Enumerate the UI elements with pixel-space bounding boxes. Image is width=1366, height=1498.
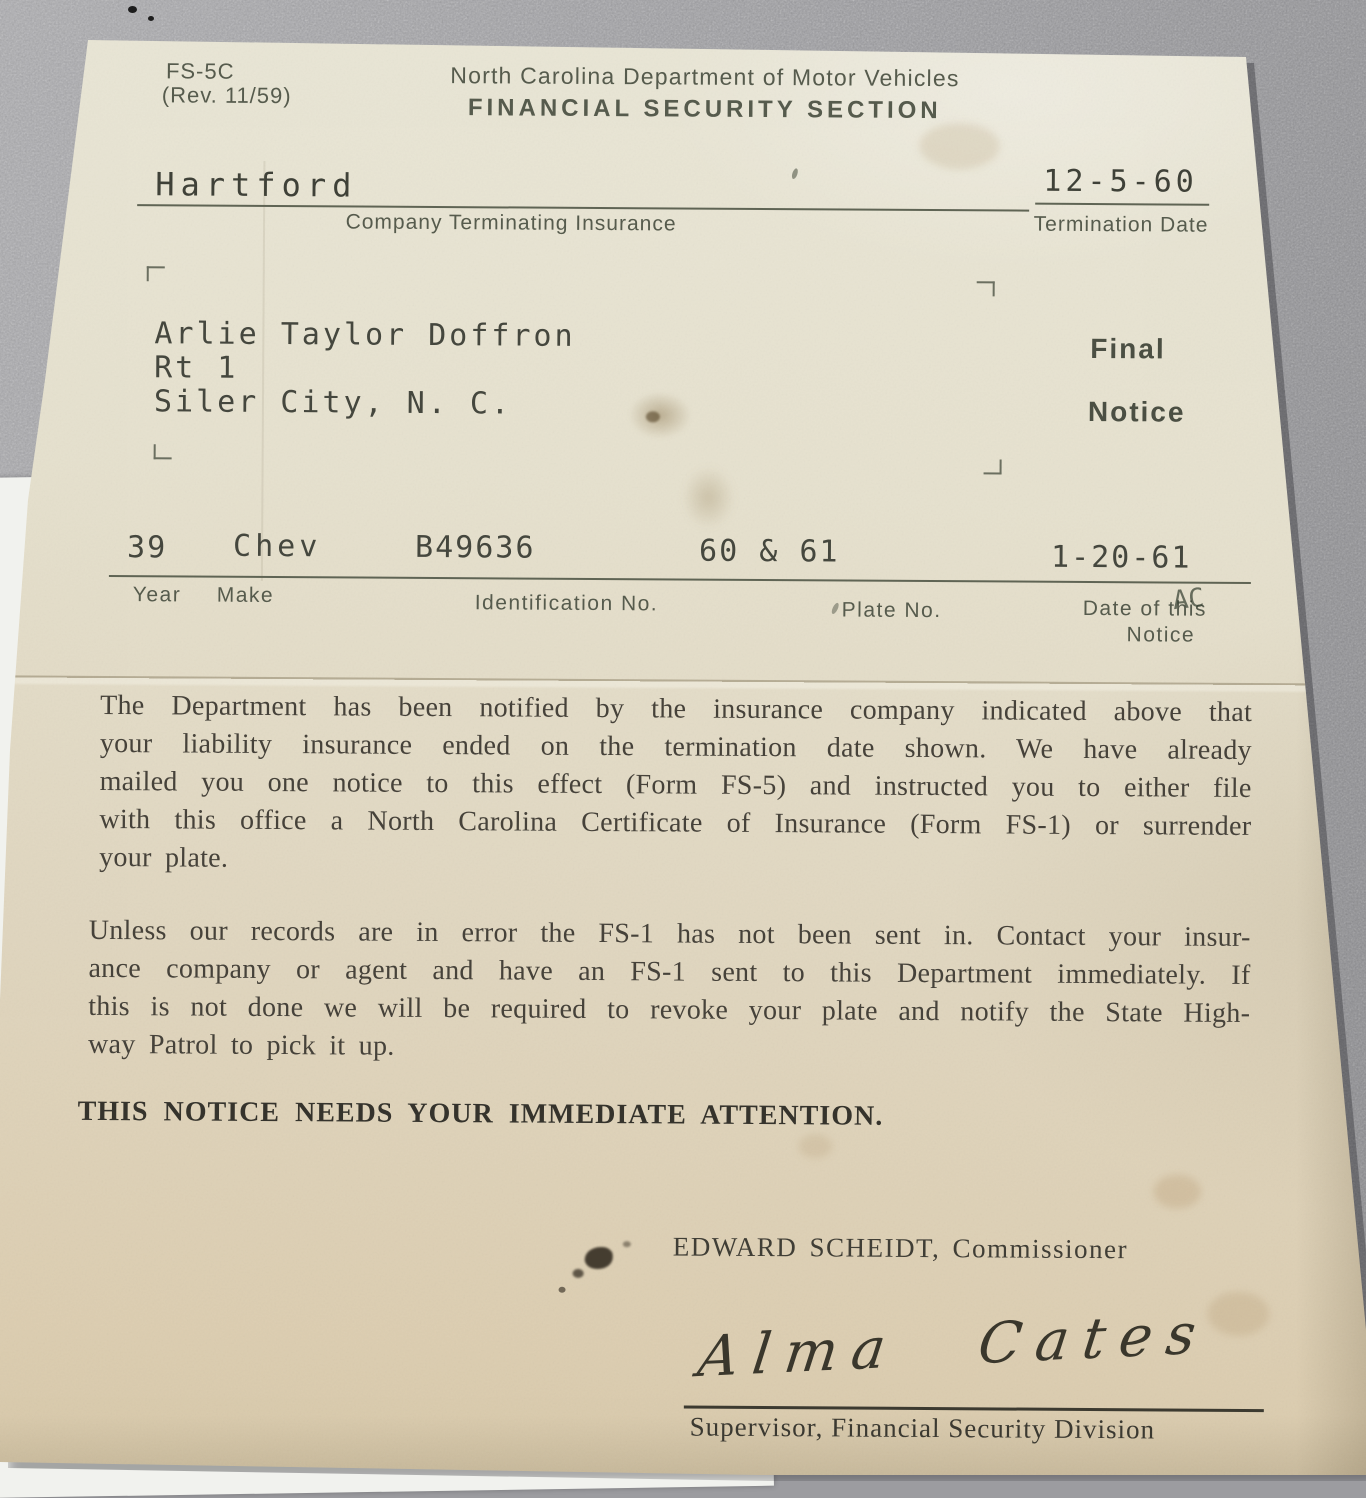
recipient-route: Rt 1: [154, 350, 238, 386]
agency-title: North Carolina Department of Motor Vehic…: [450, 62, 959, 92]
foxing-spot: [798, 1134, 832, 1158]
dust-speck: [128, 6, 137, 13]
vehicle-make-value: Chev: [233, 529, 321, 565]
address-corner-top-right: [977, 281, 995, 296]
termination-date-value: 12-5-60: [1043, 164, 1198, 200]
address-corner-bottom-left: [154, 444, 172, 459]
address-corner-top-left: [147, 266, 165, 281]
foxing-spot: [1207, 1292, 1269, 1336]
body-paragraph1-line: with this office a North Carolina Certif…: [99, 804, 1251, 843]
body-paragraph2-line: way Patrol to pick it up.: [88, 1029, 1250, 1068]
recipient-city: Siler City, N. C.: [154, 384, 512, 421]
body-paragraph1-line: The Department has been notified by the …: [100, 690, 1252, 729]
vehicle-plate-label: Plate No.: [842, 598, 942, 623]
stain-lower-smudge: [681, 465, 735, 529]
body-paragraph2-line: this is not done we will be required to …: [88, 991, 1250, 1030]
final-notice-stamp-line1: Final: [1090, 333, 1166, 365]
final-notice-stamp-line2: Notice: [1088, 396, 1186, 429]
ink-blot-small: [573, 1269, 584, 1278]
vertical-crease: [261, 161, 266, 581]
form-number: FS-5C: [166, 58, 235, 84]
signature-title: Supervisor, Financial Security Division: [690, 1412, 1156, 1446]
foxing-spot: [919, 123, 999, 169]
vehicle-make-label: Make: [217, 584, 275, 608]
attention-line: THIS NOTICE NEEDS YOUR IMMEDIATE ATTENTI…: [78, 1096, 884, 1133]
vehicle-id-value: B49636: [415, 530, 536, 566]
form-content: FS-5C (Rev. 11/59) North Carolina Depart…: [0, 0, 1366, 1475]
body-paragraph2-line: Unless our records are in error the FS-1…: [89, 915, 1251, 954]
commissioner-line: EDWARD SCHEIDT, Commissioner: [673, 1231, 1128, 1265]
fs5c-form-document: FS-5C (Rev. 11/59) North Carolina Depart…: [0, 0, 1366, 1475]
vehicle-row-rule: [109, 575, 1251, 584]
ink-speck: [623, 1241, 631, 1247]
company-terminating-value: Hartford: [155, 165, 357, 204]
stain-center-speck: [646, 411, 660, 422]
company-underline: [137, 204, 1029, 211]
body-paragraph1-line: your plate.: [99, 842, 1251, 881]
typed-speck: [830, 602, 840, 615]
dust-speck: [148, 16, 154, 21]
handwritten-mark: AC: [1171, 583, 1205, 616]
notice-date-value: 1-20-61: [1051, 540, 1192, 576]
vehicle-year-label: Year: [133, 583, 182, 607]
ink-speck: [559, 1287, 566, 1293]
signature-handwriting: Alma Cates: [694, 1301, 1213, 1390]
termination-date-underline: [1035, 203, 1209, 206]
vehicle-plate-value: 60 & 61: [699, 534, 840, 570]
typed-speck: [791, 168, 799, 180]
photo-scene: FS-5C (Rev. 11/59) North Carolina Depart…: [0, 0, 1366, 1475]
address-corner-bottom-right: [984, 459, 1002, 474]
ink-blot: [585, 1247, 613, 1269]
recipient-name: Arlie Taylor Doffron: [154, 316, 575, 354]
termination-date-label: Termination Date: [1034, 213, 1209, 238]
foxing-spot: [1153, 1174, 1201, 1208]
vehicle-year-value: 39: [127, 530, 167, 565]
body-paragraph2-line: ance company or agent and have an FS-1 s…: [88, 953, 1250, 992]
form-revision: (Rev. 11/59): [162, 82, 292, 109]
body-paragraph1-line: your liability insurance ended on the te…: [100, 728, 1252, 767]
section-title: FINANCIAL SECURITY SECTION: [468, 94, 942, 125]
company-terminating-label: Company Terminating Insurance: [346, 210, 677, 236]
stain-center-smudge: [628, 391, 692, 439]
vehicle-id-label: Identification No.: [475, 591, 659, 616]
body-paragraph1-line: mailed you one notice to this effect (Fo…: [100, 766, 1252, 805]
notice-date-label-line2: Notice: [1126, 623, 1195, 647]
